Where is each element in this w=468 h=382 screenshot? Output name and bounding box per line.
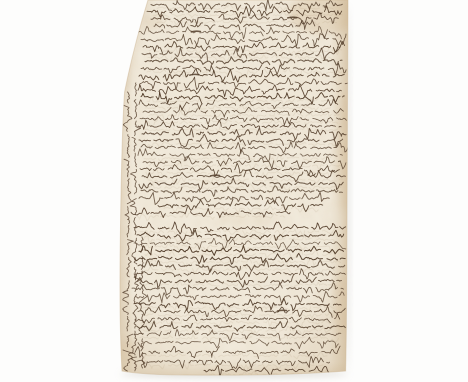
manuscript-canvas [0,0,468,382]
ink-strike [278,310,287,311]
manuscript-photograph: Photograph of a single manuscript page d… [0,0,468,382]
ink-strike [288,17,297,18]
ink-strike [191,31,200,32]
ink-strike [190,74,199,75]
ink-strike [211,175,220,176]
